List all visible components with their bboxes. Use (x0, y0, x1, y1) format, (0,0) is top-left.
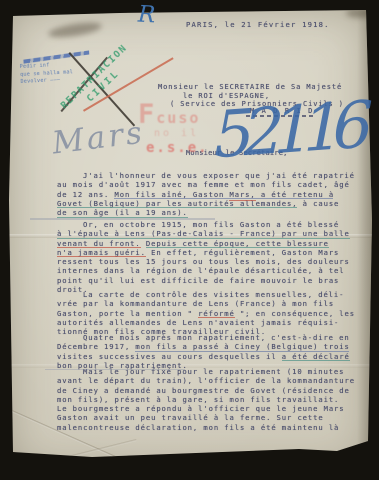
underline-mark (57, 238, 350, 239)
corner-fold-shadow (47, 20, 102, 40)
underline-mark (229, 200, 256, 201)
underline-mark (282, 360, 350, 361)
registry-number: 52116 (214, 89, 362, 174)
underline-mark (114, 198, 333, 199)
dateline: PARIS, le 21 Février 1918. (186, 20, 330, 29)
underline-mark (198, 317, 235, 318)
body-paragraph-3: La carte de contrôle des visites mensuel… (57, 290, 369, 336)
underline-mark (57, 256, 146, 257)
underline-mark (45, 369, 185, 370)
underline-mark (146, 247, 329, 248)
underline-mark (57, 207, 297, 208)
body-paragraph-5: Mais le jour fixé pour le rapatriement (… (57, 367, 369, 432)
underline-mark (57, 247, 141, 248)
underline-mark (30, 218, 215, 219)
fold-crease (20, 439, 137, 470)
underline-mark (135, 351, 349, 352)
